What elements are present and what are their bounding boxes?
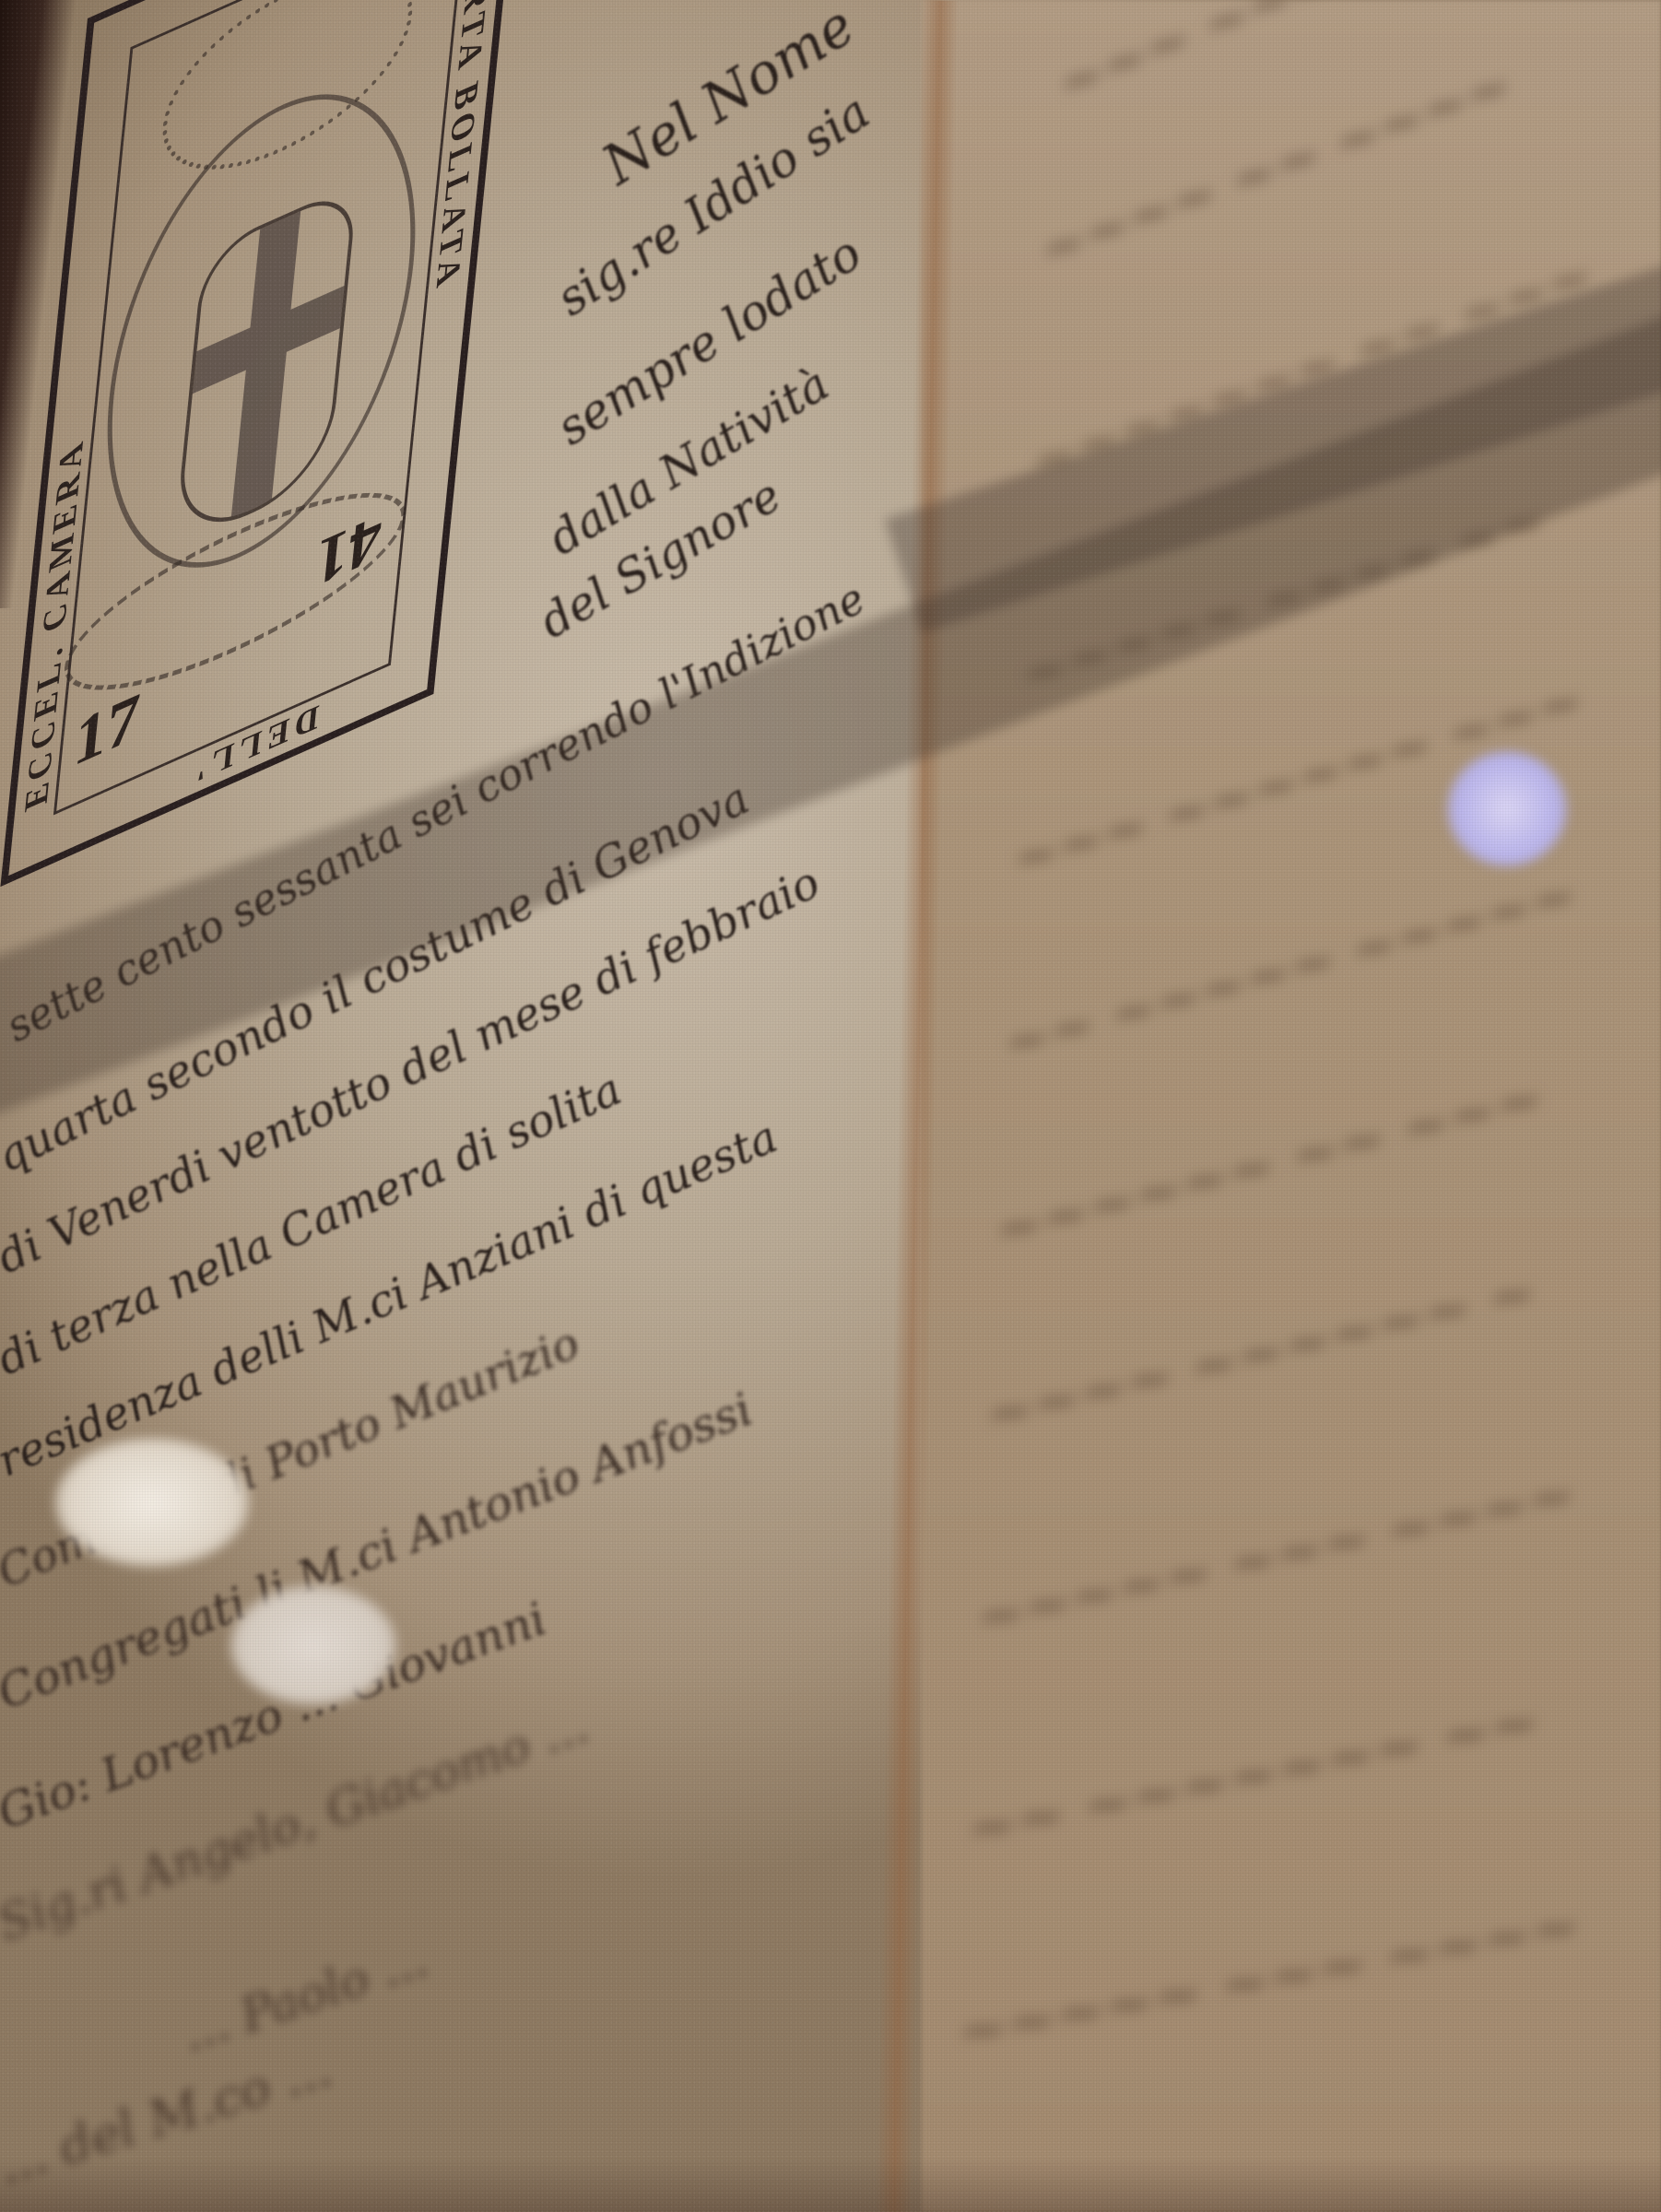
manuscript-photo: CARTA BOLLATA ECCEL. CAMERA DELL' 17 41 … <box>0 0 1661 2212</box>
bottom-vignette <box>0 2157 1661 2212</box>
blue-light-reflection <box>1447 751 1567 866</box>
white-light-reflection <box>55 1438 249 1567</box>
handwriting-line: Sig.ri Angelo, Giacomo ... <box>0 1699 595 1953</box>
white-light-reflection <box>230 1585 396 1705</box>
carta-bollata-stamp: CARTA BOLLATA ECCEL. CAMERA DELL' 17 41 <box>0 0 521 887</box>
